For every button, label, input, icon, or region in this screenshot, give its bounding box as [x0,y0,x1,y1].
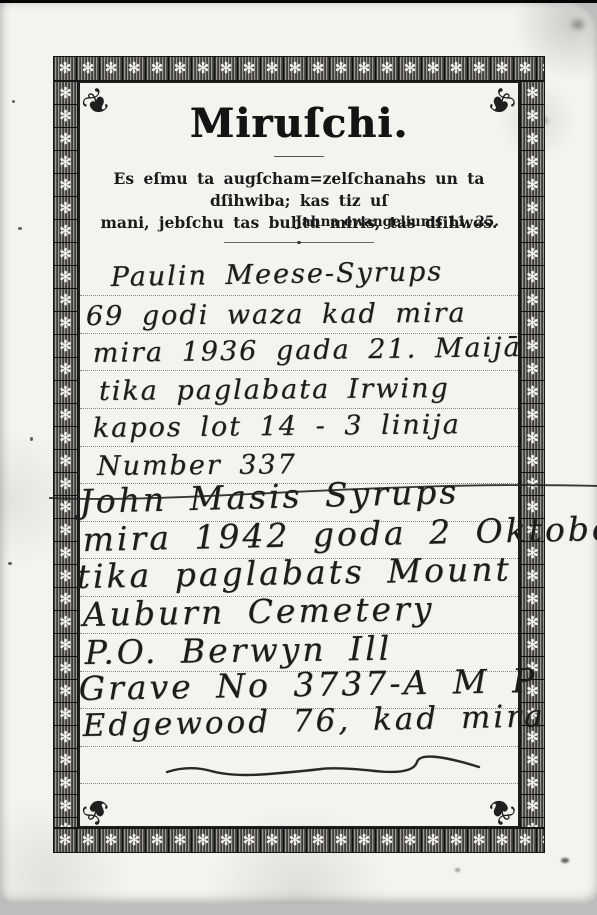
border-leaf-tile-icon: ✻ [521,772,544,795]
border-leaf-tile-icon: ✻ [54,197,77,220]
border-leaf-tile-icon: ✻ [353,829,376,852]
floral-corner-icon: ❦ [480,789,522,832]
border-leaf-tile-icon: ✻ [284,57,307,80]
border-leaf-tile-icon: ✻ [54,588,77,611]
floral-corner-icon: ❦ [76,789,118,832]
handwriting-line: tika paglabata Irwing [99,373,450,407]
border-leaf-tile-icon: ✻ [54,335,77,358]
border-leaf-tile-icon: ✻ [537,829,545,852]
border-leaf-tile-icon: ✻ [399,829,422,852]
border-leaf-tile-icon: ✻ [521,749,544,772]
border-leaf-tile-icon: ✻ [521,427,544,450]
border-leaf-tile-icon: ✻ [307,57,330,80]
border-leaf-tile-icon: ✻ [284,829,307,852]
border-leaf-tile-icon: ✻ [521,312,544,335]
border-leaf-tile-icon: ✻ [521,220,544,243]
handwriting-line: mira 1936 gada 21. Maijā [93,332,522,369]
border-leaf-tile-icon: ✻ [376,57,399,80]
border-leaf-tile-icon: ✻ [54,680,77,703]
border-leaf-tile-icon: ✻ [376,829,399,852]
border-leaf-tile-icon: ✻ [521,588,544,611]
border-leaf-tile-icon: ✻ [54,542,77,565]
section-divider [224,242,374,243]
border-leaf-tile-icon: ✻ [521,243,544,266]
border-leaf-tile-icon: ✻ [54,266,77,289]
border-leaf-tile-icon: ✻ [77,57,100,80]
border-leaf-tile-icon: ✻ [238,829,261,852]
border-leaf-tile-icon: ✻ [100,57,123,80]
border-leaf-tile-icon: ✻ [445,57,468,80]
handwriting-line: 69 godi waza kad mira [86,298,467,332]
border-leaf-tile-icon: ✻ [399,57,422,80]
border-leaf-tile-icon: ✻ [521,450,544,473]
border-leaf-tile-icon: ✻ [54,829,77,852]
border-leaf-tile-icon: ✻ [521,473,544,496]
border-leaf-tile-icon: ✻ [54,220,77,243]
border-leaf-tile-icon: ✻ [54,818,77,828]
border-leaf-tile-icon: ✻ [307,829,330,852]
border-leaf-tile-icon: ✻ [54,657,77,680]
border-leaf-tile-icon: ✻ [54,496,77,519]
border-leaf-tile-icon: ✻ [54,611,77,634]
border-leaf-tile-icon: ✻ [54,427,77,450]
border-leaf-tile-icon: ✻ [123,829,146,852]
handwriting-line: tika paglabats Mount [76,549,512,596]
border-leaf-tile-icon: ✻ [521,795,544,818]
border-leaf-tile-icon: ✻ [514,829,537,852]
border-leaf-tile-icon: ✻ [100,829,123,852]
stain [30,437,33,441]
border-leaf-tile-icon: ✻ [54,289,77,312]
border-strip-top: ✻✻✻✻✻✻✻✻✻✻✻✻✻✻✻✻✻✻✻✻✻✻✻ [53,56,545,81]
stain [561,858,569,863]
ornamental-border-frame: ✻✻✻✻✻✻✻✻✻✻✻✻✻✻✻✻✻✻✻✻✻✻✻ ✻✻✻✻✻✻✻✻✻✻✻✻✻✻✻✻… [53,56,545,853]
border-leaf-tile-icon: ✻ [521,818,544,828]
border-leaf-tile-icon: ✻ [192,829,215,852]
border-leaf-tile-icon: ✻ [54,519,77,542]
ruled-line [80,295,518,296]
border-leaf-tile-icon: ✻ [215,57,238,80]
border-strip-bottom: ✻✻✻✻✻✻✻✻✻✻✻✻✻✻✻✻✻✻✻✻✻✻✻ [53,828,545,853]
border-leaf-tile-icon: ✻ [54,703,77,726]
border-leaf-tile-icon: ✻ [54,358,77,381]
border-leaf-tile-icon: ✻ [54,565,77,588]
border-leaf-tile-icon: ✻ [261,829,284,852]
border-leaf-tile-icon: ✻ [537,57,545,80]
border-leaf-tile-icon: ✻ [353,57,376,80]
border-leaf-tile-icon: ✻ [77,829,100,852]
border-leaf-tile-icon: ✻ [468,57,491,80]
border-leaf-tile-icon: ✻ [261,57,284,80]
border-leaf-tile-icon: ✻ [54,450,77,473]
stain [572,20,584,29]
handwriting-line: Auburn Cemetery [82,589,434,634]
border-leaf-tile-icon: ✻ [521,404,544,427]
handwriting-line: Paulin Meese-Syrups [110,256,443,293]
border-leaf-tile-icon: ✻ [330,57,353,80]
border-strip-left: ✻✻✻✻✻✻✻✻✻✻✻✻✻✻✻✻✻✻✻✻✻✻✻✻✻✻✻✻✻✻✻✻✻✻✻ [53,81,78,828]
border-leaf-tile-icon: ✻ [468,829,491,852]
border-leaf-tile-icon: ✻ [521,197,544,220]
border-leaf-tile-icon: ✻ [238,57,261,80]
border-leaf-tile-icon: ✻ [54,243,77,266]
border-leaf-tile-icon: ✻ [54,57,77,80]
border-leaf-tile-icon: ✻ [54,634,77,657]
border-leaf-tile-icon: ✻ [521,634,544,657]
border-leaf-tile-icon: ✻ [521,174,544,197]
border-leaf-tile-icon: ✻ [54,726,77,749]
verse-line: Es eſmu ta augſcham=zelſchanahs un ta dſ… [114,169,485,210]
border-leaf-tile-icon: ✻ [215,829,238,852]
border-leaf-tile-icon: ✻ [521,335,544,358]
border-leaf-tile-icon: ✻ [54,404,77,427]
border-leaf-tile-icon: ✻ [521,381,544,404]
border-leaf-tile-icon: ✻ [491,57,514,80]
scanned-page: ✻✻✻✻✻✻✻✻✻✻✻✻✻✻✻✻✻✻✻✻✻✻✻ ✻✻✻✻✻✻✻✻✻✻✻✻✻✻✻✻… [0,0,597,915]
border-leaf-tile-icon: ✻ [521,151,544,174]
border-leaf-tile-icon: ✻ [54,174,77,197]
border-leaf-tile-icon: ✻ [192,57,215,80]
ruled-line [80,746,518,747]
ruled-line [80,783,518,784]
border-leaf-tile-icon: ✻ [146,829,169,852]
stain [18,227,22,230]
stain [8,562,12,565]
border-leaf-tile-icon: ✻ [169,829,192,852]
border-leaf-tile-icon: ✻ [54,151,77,174]
border-leaf-tile-icon: ✻ [123,57,146,80]
border-leaf-tile-icon: ✻ [169,57,192,80]
verse-reference: Jahna ewangeliums 11, 25. [296,214,499,230]
ruled-line [80,446,518,447]
stain [12,100,15,103]
border-leaf-tile-icon: ✻ [54,312,77,335]
border-leaf-tile-icon: ✻ [422,829,445,852]
border-leaf-tile-icon: ✻ [54,473,77,496]
border-leaf-tile-icon: ✻ [514,57,537,80]
border-leaf-tile-icon: ✻ [54,381,77,404]
border-leaf-tile-icon: ✻ [146,57,169,80]
border-leaf-tile-icon: ✻ [521,358,544,381]
title-rule [274,156,324,157]
border-leaf-tile-icon: ✻ [521,565,544,588]
border-leaf-tile-icon: ✻ [521,289,544,312]
border-leaf-tile-icon: ✻ [330,829,353,852]
ruled-line [80,370,518,371]
border-leaf-tile-icon: ✻ [54,749,77,772]
border-leaf-tile-icon: ✻ [54,772,77,795]
border-leaf-tile-icon: ✻ [521,611,544,634]
border-leaf-tile-icon: ✻ [521,266,544,289]
border-leaf-tile-icon: ✻ [422,57,445,80]
handwriting-line: kapos lot 14 - 3 linija [93,409,461,444]
border-leaf-tile-icon: ✻ [445,829,468,852]
page-title: Miruſchi. [53,100,545,147]
stain [455,868,460,872]
